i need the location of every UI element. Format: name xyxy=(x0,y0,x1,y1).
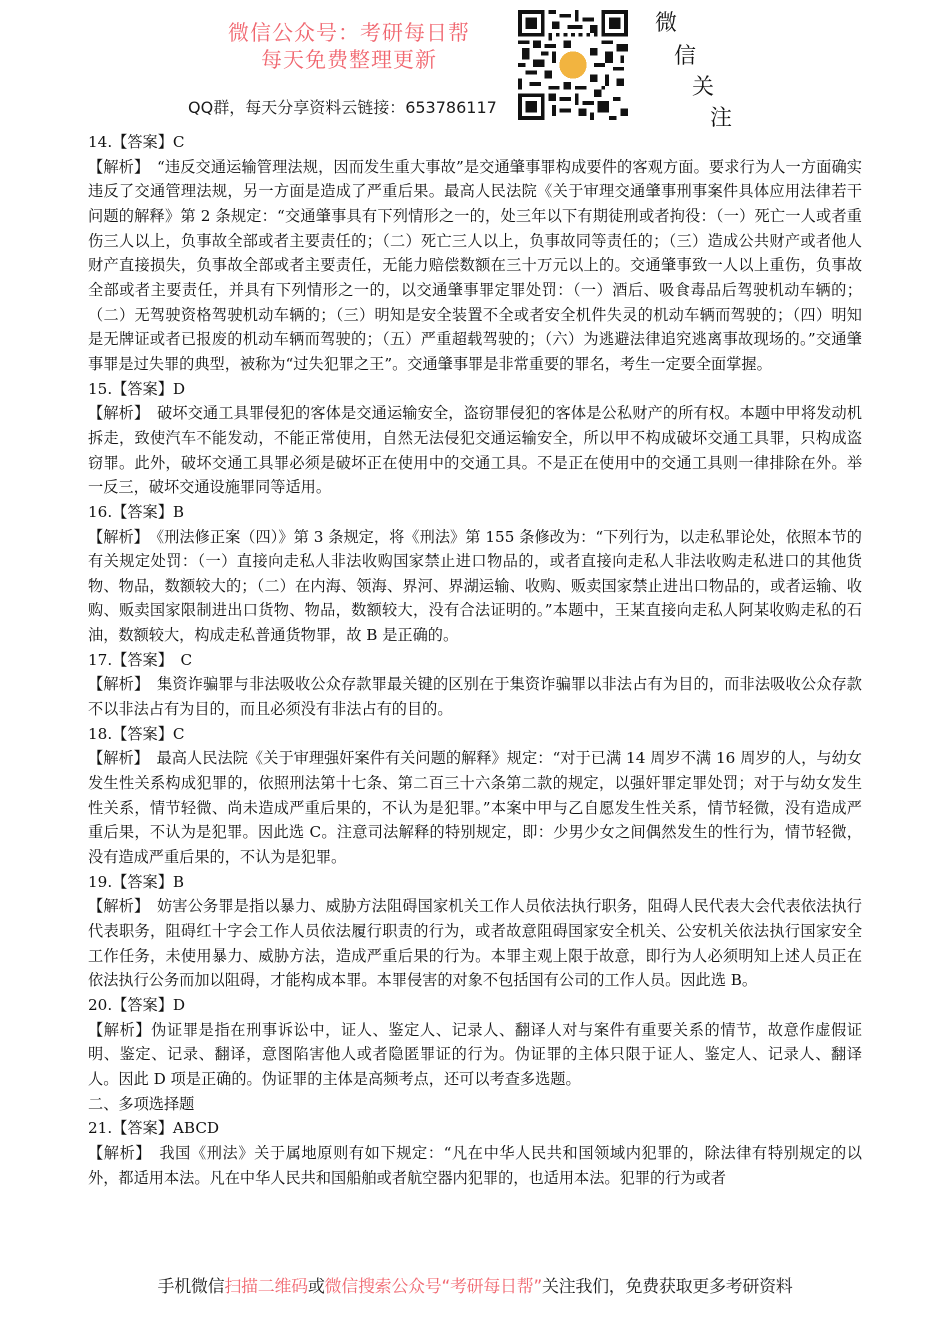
answer-label: 21.【答案】ABCD xyxy=(88,1116,862,1141)
qr-code-icon xyxy=(518,10,628,120)
answer-item-17: 17.【答案】 C 【解析】 集资诈骗罪与非法吸收公众存款罪最关键的区别在于集资… xyxy=(88,648,862,722)
qq-group-text: QQ群，每天分享资料云链接：653786117 xyxy=(188,95,497,118)
footer-search-account: 微信搜索公众号“考研每日帮” xyxy=(325,1277,542,1297)
footer-text-or: 或 xyxy=(308,1277,325,1297)
promo-banner: 微信公众号：考研每日帮 每天免费整理更新 xyxy=(214,20,484,74)
answer-item-20: 20.【答案】D 【解析】伪证罪是指在刑事诉讼中，证人、鉴定人、记录人、翻译人对… xyxy=(88,993,862,1092)
analysis-text: 【解析】 破坏交通工具罪侵犯的客体是交通运输安全，盗窃罪侵犯的客体是公私财产的所… xyxy=(88,401,862,500)
answer-explanations: 14.【答案】C 【解析】 “违反交通运输管理法规，因而发生重大事故”是交通肇事… xyxy=(88,130,862,1190)
analysis-text: 【解析】 我国《刑法》关于属地原则有如下规定：“凡在中华人民共和国领域内犯罪的，… xyxy=(88,1141,862,1190)
answer-item-15: 15.【答案】D 【解析】 破坏交通工具罪侵犯的客体是交通运输安全，盗窃罪侵犯的… xyxy=(88,377,862,500)
vertical-caption-char-1: 微 xyxy=(655,6,677,37)
answer-label: 19.【答案】B xyxy=(88,870,862,895)
answer-label: 14.【答案】C xyxy=(88,130,862,155)
promo-line-2: 每天免费整理更新 xyxy=(214,47,484,74)
footer-scan-qr: 扫描二维码 xyxy=(224,1277,308,1297)
answer-item-16: 16.【答案】B 【解析】 《刑法修正案（四）》第 3 条规定，将《刑法》第 1… xyxy=(88,500,862,648)
qr-code xyxy=(518,10,628,120)
analysis-text: 【解析】 “违反交通运输管理法规，因而发生重大事故”是交通肇事罪构成要件的客观方… xyxy=(88,155,862,377)
footer-text-1: 手机微信 xyxy=(158,1277,225,1297)
vertical-caption-char-3: 关 xyxy=(692,70,714,101)
footer-text-follow: 关注我们，免费获取更多考研资料 xyxy=(542,1277,793,1297)
answer-label: 16.【答案】B xyxy=(88,500,862,525)
answer-item-19: 19.【答案】B 【解析】 妨害公务罪是指以暴力、威胁方法阻碍国家机关工作人员依… xyxy=(88,870,862,993)
promo-header: 微信公众号：考研每日帮 每天免费整理更新 QQ群，每天分享资料云链接：65378… xyxy=(0,0,950,130)
answer-label: 15.【答案】D xyxy=(88,377,862,402)
analysis-text: 【解析】 集资诈骗罪与非法吸收公众存款罪最关键的区别在于集资诈骗罪以非法占有为目… xyxy=(88,672,862,721)
answer-label: 17.【答案】 C xyxy=(88,648,862,673)
analysis-text: 【解析】 《刑法修正案（四）》第 3 条规定，将《刑法》第 155 条修改为：“… xyxy=(88,525,862,648)
section-heading: 二、多项选择题 xyxy=(88,1092,862,1117)
vertical-caption-char-4: 注 xyxy=(710,101,732,132)
answer-item-14: 14.【答案】C 【解析】 “违反交通运输管理法规，因而发生重大事故”是交通肇事… xyxy=(88,130,862,377)
vertical-caption-char-2: 信 xyxy=(674,39,696,70)
answer-item-21: 21.【答案】ABCD 【解析】 我国《刑法》关于属地原则有如下规定：“凡在中华… xyxy=(88,1116,862,1190)
answer-label: 20.【答案】D xyxy=(88,993,862,1018)
footer-promo: 手机微信扫描二维码或微信搜索公众号“考研每日帮”关注我们，免费获取更多考研资料 xyxy=(0,1272,950,1297)
promo-line-1: 微信公众号：考研每日帮 xyxy=(214,20,484,47)
analysis-text: 【解析】伪证罪是指在刑事诉讼中，证人、鉴定人、记录人、翻译人对与案件有重要关系的… xyxy=(88,1018,862,1092)
answer-item-18: 18.【答案】C 【解析】 最高人民法院《关于审理强奸案件有关问题的解释》规定：… xyxy=(88,722,862,870)
analysis-text: 【解析】 最高人民法院《关于审理强奸案件有关问题的解释》规定：“对于已满 14 … xyxy=(88,746,862,869)
answer-label: 18.【答案】C xyxy=(88,722,862,747)
analysis-text: 【解析】 妨害公务罪是指以暴力、威胁方法阻碍国家机关工作人员依法执行职务，阻碍人… xyxy=(88,894,862,993)
